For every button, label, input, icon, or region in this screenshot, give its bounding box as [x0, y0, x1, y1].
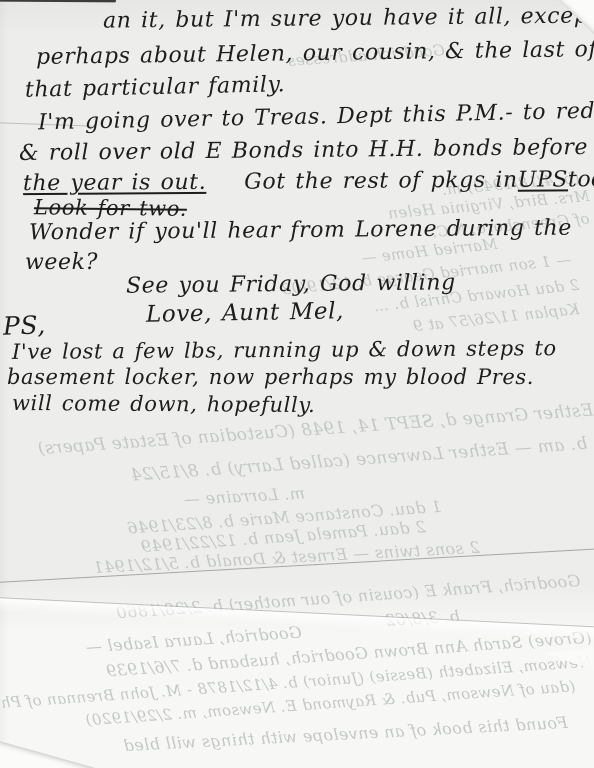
- handwritten-line: basement locker, now perhaps my blood Pr…: [7, 365, 534, 389]
- handwritten-text: I'm going over to Treas. Dept this P.M.-…: [38, 98, 594, 136]
- handwritten-line: week?: [25, 250, 98, 275]
- handwritten-text: See you Friday, God willing: [126, 270, 456, 299]
- handwritten-line: an it, but I'm sure you have it all, exc…: [103, 3, 594, 33]
- handwritten-text: week?: [25, 250, 98, 275]
- handwritten-text: Look for two.: [34, 195, 187, 221]
- handwritten-line: & roll over old E Bonds into H.H. bonds …: [19, 135, 588, 166]
- handwritten-line: will come down, hopefully.: [12, 391, 315, 417]
- page-content: Goodrich addresses(b. 4/18/1943) m.Mrs. …: [0, 0, 594, 768]
- scan-edge-mark: [0, 0, 116, 2]
- scan-area: Goodrich addresses(b. 4/18/1943) m.Mrs. …: [0, 0, 594, 768]
- handwritten-line: I've lost a few lbs, running up & down s…: [12, 336, 557, 364]
- handwritten-line: PS,: [3, 311, 47, 341]
- handwritten-text: Got the rest of pkgs in: [244, 168, 518, 195]
- handwritten-text: PS,: [3, 311, 47, 341]
- handwritten-line: Look for two.: [34, 195, 187, 221]
- handwritten-text: Wonder if you'll hear from Lorene during…: [29, 216, 572, 246]
- handwritten-line: Wonder if you'll hear from Lorene during…: [29, 216, 572, 246]
- handwritten-text: an it, but I'm sure you have it all, exc…: [103, 3, 594, 33]
- handwritten-text: perhaps about Helen, our cousin, & the l…: [36, 37, 594, 70]
- handwritten-text: that particular family.: [25, 72, 286, 103]
- handwritten-text: basement locker, now perhaps my blood Pr…: [7, 365, 534, 389]
- paper-sheet: Goodrich addresses(b. 4/18/1943) m.Mrs. …: [0, 0, 594, 768]
- handwritten-line: that particular family.: [25, 72, 286, 103]
- handwritten-line: Love, Aunt Mel,: [146, 298, 344, 328]
- handwritten-line: See you Friday, God willing: [126, 270, 456, 299]
- handwritten-line: the year is out.Got the rest of pkgs in …: [23, 167, 594, 197]
- handwritten-text: I've lost a few lbs, running up & down s…: [12, 336, 557, 364]
- handwritten-text: UPS: [518, 167, 568, 193]
- handwritten-text: the year is out.: [23, 170, 206, 197]
- handwritten-text: Love, Aunt Mel,: [146, 298, 344, 328]
- handwritten-line: perhaps about Helen, our cousin, & the l…: [36, 37, 594, 70]
- handwritten-text: & roll over old E Bonds into H.H. bonds …: [19, 135, 588, 166]
- handwritten-line: I'm going over to Treas. Dept this P.M.-…: [38, 98, 594, 136]
- handwritten-text: today.: [568, 167, 594, 193]
- scanned-letter-page: Goodrich addresses(b. 4/18/1943) m.Mrs. …: [0, 0, 594, 768]
- handwritten-text: will come down, hopefully.: [12, 391, 315, 417]
